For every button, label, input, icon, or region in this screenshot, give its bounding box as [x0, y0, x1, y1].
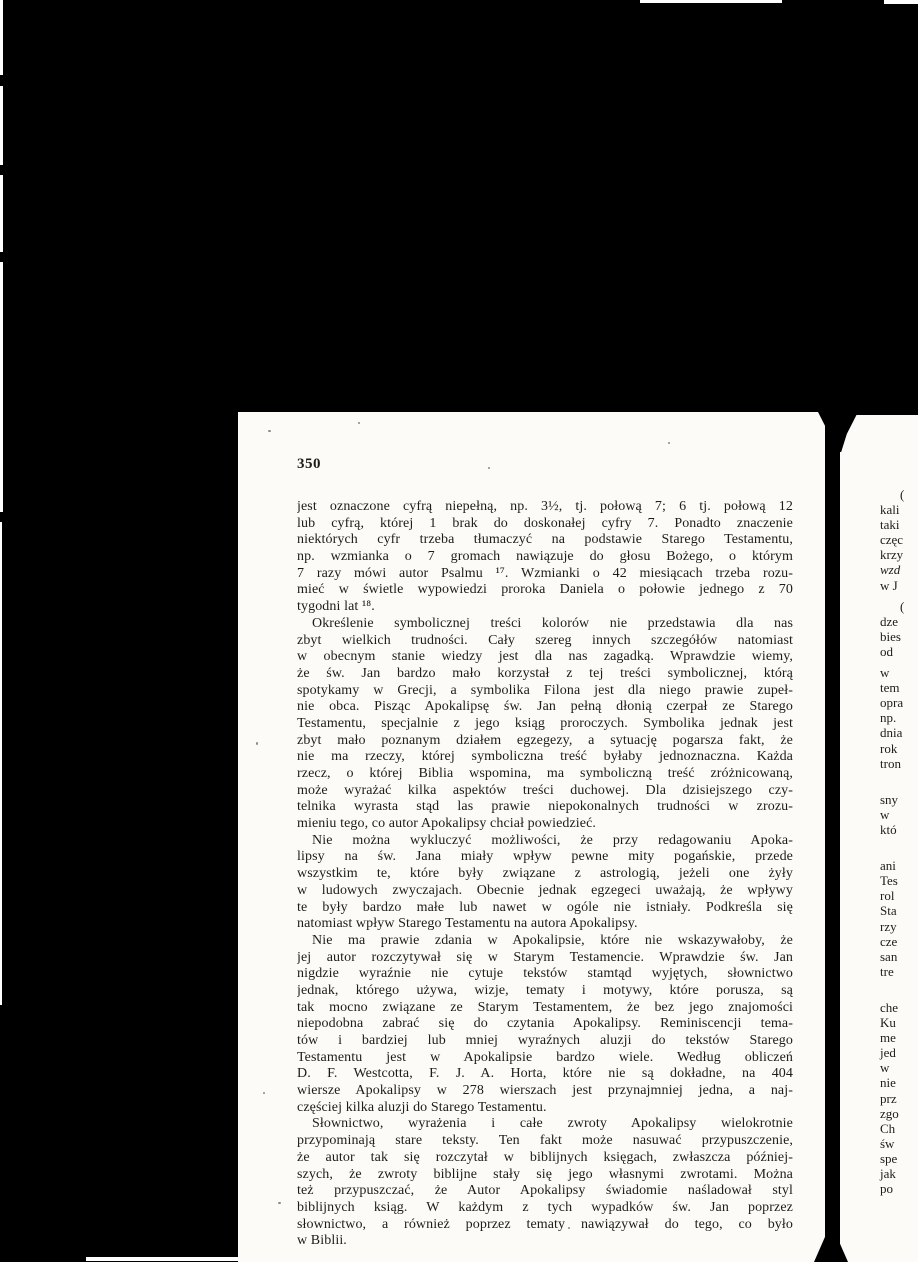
text-line: nie ma rzeczy, której symboliczna treść … — [297, 749, 793, 766]
fragment-line: w — [880, 807, 918, 822]
fragment-line: jak — [880, 1166, 918, 1181]
text-line: rzecz, o której Biblia wspomina, ma symb… — [297, 766, 793, 783]
text-line: częściej kilka aluzji do Starego Testame… — [297, 1100, 793, 1117]
fragment-line: dnia — [880, 725, 918, 740]
edge-artifact-top — [640, 0, 782, 3]
text-line: telnika wyrasta stąd las prawie niepokon… — [297, 799, 793, 816]
text-line: przypominają stare teksty. Ten fakt może… — [297, 1133, 793, 1150]
text-line: w ludowych zwyczajach. Obecnie jednak eg… — [297, 883, 793, 900]
fragment-line: np. — [880, 710, 918, 725]
fragment-line: jed — [880, 1045, 918, 1060]
text-line: jest oznaczone cyfrą niepełną, np. 3½, t… — [297, 499, 793, 516]
fragment-line: prz — [880, 1091, 918, 1106]
text-line: niepodobna zabrać się do czytania Apokal… — [297, 1016, 793, 1033]
scan-speck — [268, 430, 271, 432]
text-line: szych, że zwroty biblijne stały się jego… — [297, 1167, 793, 1184]
text-line: że św. Jan bardzo mało korzystał z tej t… — [297, 666, 793, 683]
fragment-line: krzy — [880, 547, 918, 562]
fragment-line: me — [880, 1030, 918, 1045]
text-line: lub cyfrą, której 1 brak do doskonałej c… — [297, 516, 793, 533]
fragment-line: św — [880, 1136, 918, 1151]
text-line: zbyt wielkich trudności. Cały szereg inn… — [297, 633, 793, 650]
edge-artifact-left — [0, 262, 3, 512]
fragment-line — [880, 843, 918, 858]
text-line: też przypuszczać, że Autor Apokalipsy św… — [297, 1183, 793, 1200]
fragment-line: opra — [880, 695, 918, 710]
fragment-line: san — [880, 949, 918, 964]
text-line: Testamentu jest w Apokalipsie bardzo wie… — [297, 1050, 793, 1067]
text-line: tów i bardziej lub mniej wyraźnych aluzj… — [297, 1033, 793, 1050]
fragment-line: Sta — [880, 903, 918, 918]
gutter-shadow — [825, 412, 840, 1262]
text-line: mieniu tego, co autor Apokalipsy chciał … — [297, 816, 793, 833]
fragment-line — [880, 985, 918, 1000]
fragment-line — [880, 777, 918, 792]
text-line: wszystkim te, które były związane z astr… — [297, 866, 793, 883]
edge-artifact-left — [0, 0, 3, 75]
text-line: D. F. Westcotta, F. J. A. Horta, które n… — [297, 1066, 793, 1083]
fragment-line: che — [880, 1000, 918, 1015]
fragment-line: któ — [880, 822, 918, 837]
text-line: w Biblii. — [297, 1233, 793, 1250]
text-line: lipsy na św. Jana miały wpływ pewne mity… — [297, 849, 793, 866]
text-line: w obecnym stanie wiedzy jest dla nas zag… — [297, 649, 793, 666]
fragment-line: tem — [880, 680, 918, 695]
text-line: Słownictwo, wyrażenia i całe zwroty Apok… — [297, 1116, 793, 1133]
fragment-line: zgo — [880, 1106, 918, 1121]
fragment-line: ( — [880, 487, 918, 502]
scanned-book-spread: 350 jest oznaczone cyfrą niepełną, np. 3… — [0, 0, 918, 1262]
fragment-line: rol — [880, 888, 918, 903]
fragment-line: w — [880, 1060, 918, 1075]
fragment-column: (kalitakiczęckrzywzdw J(dzebiesodwtemopr… — [880, 487, 918, 1196]
text-line: że autor tak się rozczytał w biblijnych … — [297, 1150, 793, 1167]
text-line: Testamentu, specjalnie z jego ksiąg pror… — [297, 716, 793, 733]
text-line: zbyt mało poznanym działem egzegezy, a s… — [297, 733, 793, 750]
text-line: biblijnych ksiąg. W każdym z tych wypadk… — [297, 1200, 793, 1217]
page-text: jest oznaczone cyfrą niepełną, np. 3½, t… — [297, 499, 793, 1250]
text-line: np. wzmianka o 7 gromach nawiązuje do gł… — [297, 549, 793, 566]
fragment-line: Ku — [880, 1015, 918, 1030]
fragment-line: kali — [880, 502, 918, 517]
fragment-line: częc — [880, 532, 918, 547]
fragment-line: po — [880, 1181, 918, 1196]
fragment-line: w — [880, 665, 918, 680]
text-line: 7 razy mówi autor Psalmu ¹⁷. Wzmianki o … — [297, 566, 793, 583]
fragment-line: nie — [880, 1075, 918, 1090]
text-line: Nie można wykluczyć możliwości, że przy … — [297, 833, 793, 850]
scan-speck — [358, 422, 360, 424]
edge-artifact-bottom — [86, 1257, 238, 1261]
fragment-line: spe — [880, 1151, 918, 1166]
scan-speck — [488, 467, 490, 469]
fragment-line: wzd — [880, 562, 918, 577]
text-line: może wyrażać kilka aspektów treści ducho… — [297, 783, 793, 800]
fragment-line: Ch — [880, 1121, 918, 1136]
fragment-line: sny — [880, 792, 918, 807]
fragment-line: rok — [880, 741, 918, 756]
fragment-line: ( — [880, 599, 918, 614]
scan-speck — [256, 742, 258, 745]
scan-speck — [568, 1227, 570, 1229]
text-line: spotykamy w Grecji, a symbolika Filona j… — [297, 683, 793, 700]
fragment-line: dze — [880, 614, 918, 629]
page-number: 350 — [297, 456, 321, 473]
fragment-line: rzy — [880, 919, 918, 934]
text-line: te były bardzo małe lub nawet w ogóle ni… — [297, 900, 793, 917]
fragment-line: od — [880, 644, 918, 659]
scan-speck — [278, 1202, 281, 1204]
text-line: Nie ma prawie zdania w Apokalipsie, któr… — [297, 933, 793, 950]
text-line: tygodni lat ¹⁸. — [297, 599, 793, 616]
fragment-line: ani — [880, 858, 918, 873]
scan-speck — [263, 1092, 265, 1094]
text-line: niektórych cyfr trzeba tłumaczyć na pods… — [297, 532, 793, 549]
text-line: nie obca. Pisząc Apokalipsę św. Jan pełn… — [297, 699, 793, 716]
text-line: jej autor rozczytywał się w Starym Testa… — [297, 950, 793, 967]
fragment-line: cze — [880, 934, 918, 949]
text-line: tak mocno związane ze Starym Testamentem… — [297, 1000, 793, 1017]
fragment-line: Tes — [880, 873, 918, 888]
fragment-line: w J — [880, 578, 918, 593]
fragment-line: bies — [880, 629, 918, 644]
edge-artifact-top — [884, 0, 918, 4]
edge-artifact-left — [0, 522, 2, 1005]
book-page: 350 jest oznaczone cyfrą niepełną, np. 3… — [238, 412, 830, 1262]
adjacent-page-edge: (kalitakiczęckrzywzdw J(dzebiesodwtemopr… — [840, 415, 918, 1262]
fragment-line: tron — [880, 756, 918, 771]
fragment-line: taki — [880, 517, 918, 532]
text-line: nigdzie wyraźnie nie cytuje tekstów stam… — [297, 966, 793, 983]
text-line: Określenie symbolicznej treści kolorów n… — [297, 616, 793, 633]
edge-artifact-left — [0, 175, 3, 252]
text-line: jednak, którego używa, wizje, tematy i m… — [297, 983, 793, 1000]
fragment-line: tre — [880, 964, 918, 979]
text-line: wiersze Apokalipsy w 278 wierszach jest … — [297, 1083, 793, 1100]
edge-artifact-left — [0, 86, 3, 165]
text-line: natomiast wpływ Starego Testamentu na au… — [297, 916, 793, 933]
scan-speck — [668, 442, 670, 444]
text-line: słownictwo, a również poprzez tematy naw… — [297, 1217, 793, 1234]
text-line: mieć w świetle wypowiedzi proroka Daniel… — [297, 582, 793, 599]
